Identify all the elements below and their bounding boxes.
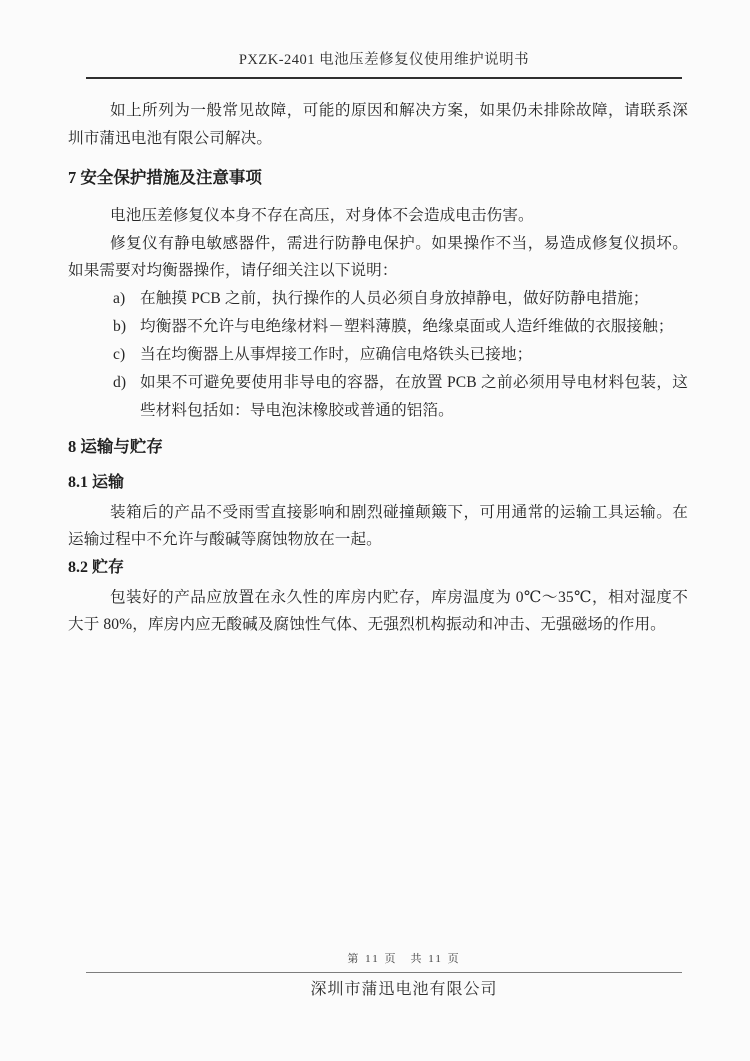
section7-paragraph2: 修复仪有静电敏感器件，需进行防静电保护。如果操作不当，易造成修复仪损坏。如果需要… — [68, 230, 688, 285]
list-item: a) 在触摸 PCB 之前，执行操作的人员必须自身放掉静电，做好防静电措施； — [68, 285, 688, 313]
page-number: 第 11 页 共 11 页 — [86, 950, 682, 966]
list-item: b) 均衡器不允许与电绝缘材料－塑料薄膜，绝缘桌面或人造纤维做的衣服接触； — [68, 313, 688, 341]
section8-heading: 8 运输与贮存 — [68, 433, 688, 461]
section7-paragraph1: 电池压差修复仪本身不存在高压，对身体不会造成电击伤害。 — [68, 202, 688, 230]
page-header: PXZK-2401 电池压差修复仪使用维护说明书 — [0, 0, 750, 79]
list-marker: c) — [113, 341, 140, 369]
list-marker: d) — [113, 369, 140, 425]
section8-2-paragraph: 包装好的产品应放置在永久性的库房内贮存，库房温度为 0℃～35℃，相对湿度不大于… — [68, 584, 688, 639]
safety-precaution-list: a) 在触摸 PCB 之前，执行操作的人员必须自身放掉静电，做好防静电措施； b… — [68, 285, 688, 425]
list-item: c) 当在均衡器上从事焊接工作时，应确信电烙铁头已接地； — [68, 341, 688, 369]
section8-1-heading: 8.1 运输 — [68, 469, 688, 497]
list-item-text: 当在均衡器上从事焊接工作时，应确信电烙铁头已接地； — [140, 341, 688, 369]
list-marker: b) — [113, 313, 140, 341]
intro-paragraph: 如上所列为一般常见故障，可能的原因和解决方案，如果仍未排除故障，请联系深圳市蒲迅… — [68, 97, 688, 152]
footer-company: 深圳市蒲迅电池有限公司 — [86, 976, 682, 999]
list-item-text: 在触摸 PCB 之前，执行操作的人员必须自身放掉静电，做好防静电措施； — [140, 285, 688, 313]
header-title: PXZK-2401 电池压差修复仪使用维护说明书 — [86, 50, 682, 70]
document-body: 如上所列为一般常见故障，可能的原因和解决方案，如果仍未排除故障，请联系深圳市蒲迅… — [68, 97, 688, 639]
footer-rule — [86, 972, 682, 973]
header-rule — [86, 77, 682, 79]
list-item-text: 均衡器不允许与电绝缘材料－塑料薄膜，绝缘桌面或人造纤维做的衣服接触； — [140, 313, 688, 341]
document-page: PXZK-2401 电池压差修复仪使用维护说明书 如上所列为一般常见故障，可能的… — [0, 0, 750, 1061]
section8-2-heading: 8.2 贮存 — [68, 554, 688, 582]
list-marker: a) — [113, 285, 140, 313]
section7-heading: 7 安全保护措施及注意事项 — [68, 164, 688, 192]
section8-1-paragraph: 装箱后的产品不受雨雪直接影响和剧烈碰撞颠簸下，可用通常的运输工具运输。在运输过程… — [68, 499, 688, 554]
list-item-text: 如果不可避免要使用非导电的容器，在放置 PCB 之前必须用导电材料包装，这些材料… — [140, 369, 688, 425]
list-item: d) 如果不可避免要使用非导电的容器，在放置 PCB 之前必须用导电材料包装，这… — [68, 369, 688, 425]
